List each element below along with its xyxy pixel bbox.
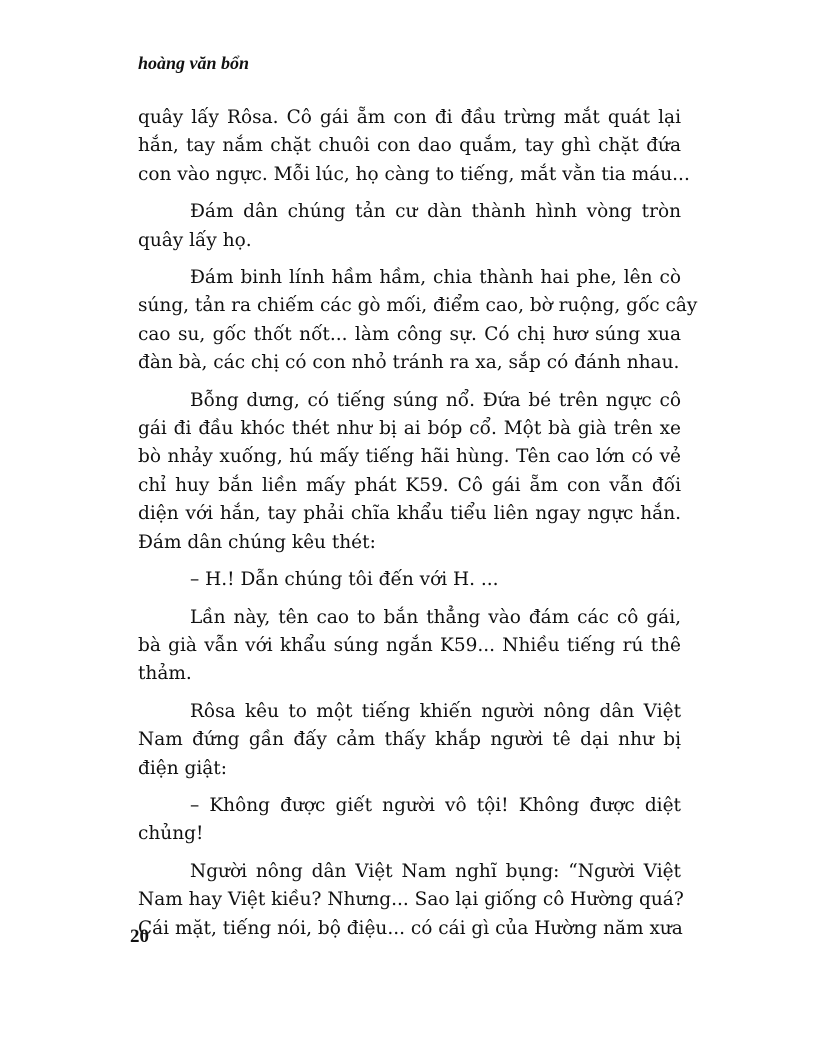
text-line: bò nhảy xuống, hú mấy tiếng hãi hùng. Tê… — [138, 443, 681, 471]
text-line: cao su, gốc thốt nốt... làm công sự. Có … — [138, 321, 681, 349]
running-head-author: hoàng văn bổn — [138, 53, 249, 74]
book-page: hoàng văn bổn quây lấy Rôsa. Cô gái ẵm c… — [0, 0, 816, 1056]
text-line: – H.! Dẫn chúng tôi đến với H. ... — [138, 566, 681, 594]
text-line: chủng! — [138, 820, 681, 848]
paragraph: Đám dân chúng tản cư dàn thành hình vòng… — [138, 198, 681, 255]
text-line: súng, tản ra chiếm các gò mối, điểm cao,… — [138, 292, 681, 320]
text-line: hắn, tay nắm chặt chuôi con dao quắm, ta… — [138, 132, 681, 160]
text-line: Đám binh lính hầm hầm, chia thành hai ph… — [138, 264, 681, 292]
text-line: diện với hắn, tay phải chĩa khẩu tiểu li… — [138, 500, 681, 528]
paragraph: Rôsa kêu to một tiếng khiến người nông d… — [138, 698, 681, 783]
text-line: Người nông dân Việt Nam nghĩ bụng: “Ngườ… — [138, 858, 681, 886]
paragraph: Người nông dân Việt Nam nghĩ bụng: “Ngườ… — [138, 858, 681, 943]
page-number: 20 — [130, 926, 149, 948]
dialogue-paragraph: – Không được giết người vô tội! Không đư… — [138, 792, 681, 849]
text-line: bà già vẫn với khẩu súng ngắn K59... Nhi… — [138, 632, 681, 660]
text-line: đàn bà, các chị có con nhỏ tránh ra xa, … — [138, 349, 681, 377]
text-line: Nam hay Việt kiều? Nhưng... Sao lại giốn… — [138, 886, 681, 914]
text-line: thảm. — [138, 660, 681, 688]
body-text: quây lấy Rôsa. Cô gái ẵm con đi đầu trừn… — [138, 104, 681, 952]
text-line: chỉ huy bắn liền mấy phát K59. Cô gái ẵm… — [138, 472, 681, 500]
text-line: Rôsa kêu to một tiếng khiến người nông d… — [138, 698, 681, 726]
text-line: Cái mặt, tiếng nói, bộ điệu... có cái gì… — [138, 915, 681, 943]
text-line: điện giật: — [138, 755, 681, 783]
text-line: quây lấy họ. — [138, 227, 681, 255]
paragraph: Bỗng dưng, có tiếng súng nổ. Đứa bé trên… — [138, 387, 681, 557]
text-line: Bỗng dưng, có tiếng súng nổ. Đứa bé trên… — [138, 387, 681, 415]
paragraph: Lần này, tên cao to bắn thẳng vào đám cá… — [138, 604, 681, 689]
dialogue-paragraph: – H.! Dẫn chúng tôi đến với H. ... — [138, 566, 681, 594]
text-line: – Không được giết người vô tội! Không đư… — [138, 792, 681, 820]
text-line: Lần này, tên cao to bắn thẳng vào đám cá… — [138, 604, 681, 632]
text-line: quây lấy Rôsa. Cô gái ẵm con đi đầu trừn… — [138, 104, 681, 132]
paragraph: quây lấy Rôsa. Cô gái ẵm con đi đầu trừn… — [138, 104, 681, 189]
text-line: Đám dân chúng tản cư dàn thành hình vòng… — [138, 198, 681, 226]
text-line: gái đi đầu khóc thét như bị ai bóp cổ. M… — [138, 415, 681, 443]
text-line: Đám dân chúng kêu thét: — [138, 529, 681, 557]
text-line: con vào ngực. Mỗi lúc, họ càng to tiếng,… — [138, 161, 681, 189]
text-line: Nam đứng gần đấy cảm thấy khắp người tê … — [138, 726, 681, 754]
paragraph: Đám binh lính hầm hầm, chia thành hai ph… — [138, 264, 681, 378]
